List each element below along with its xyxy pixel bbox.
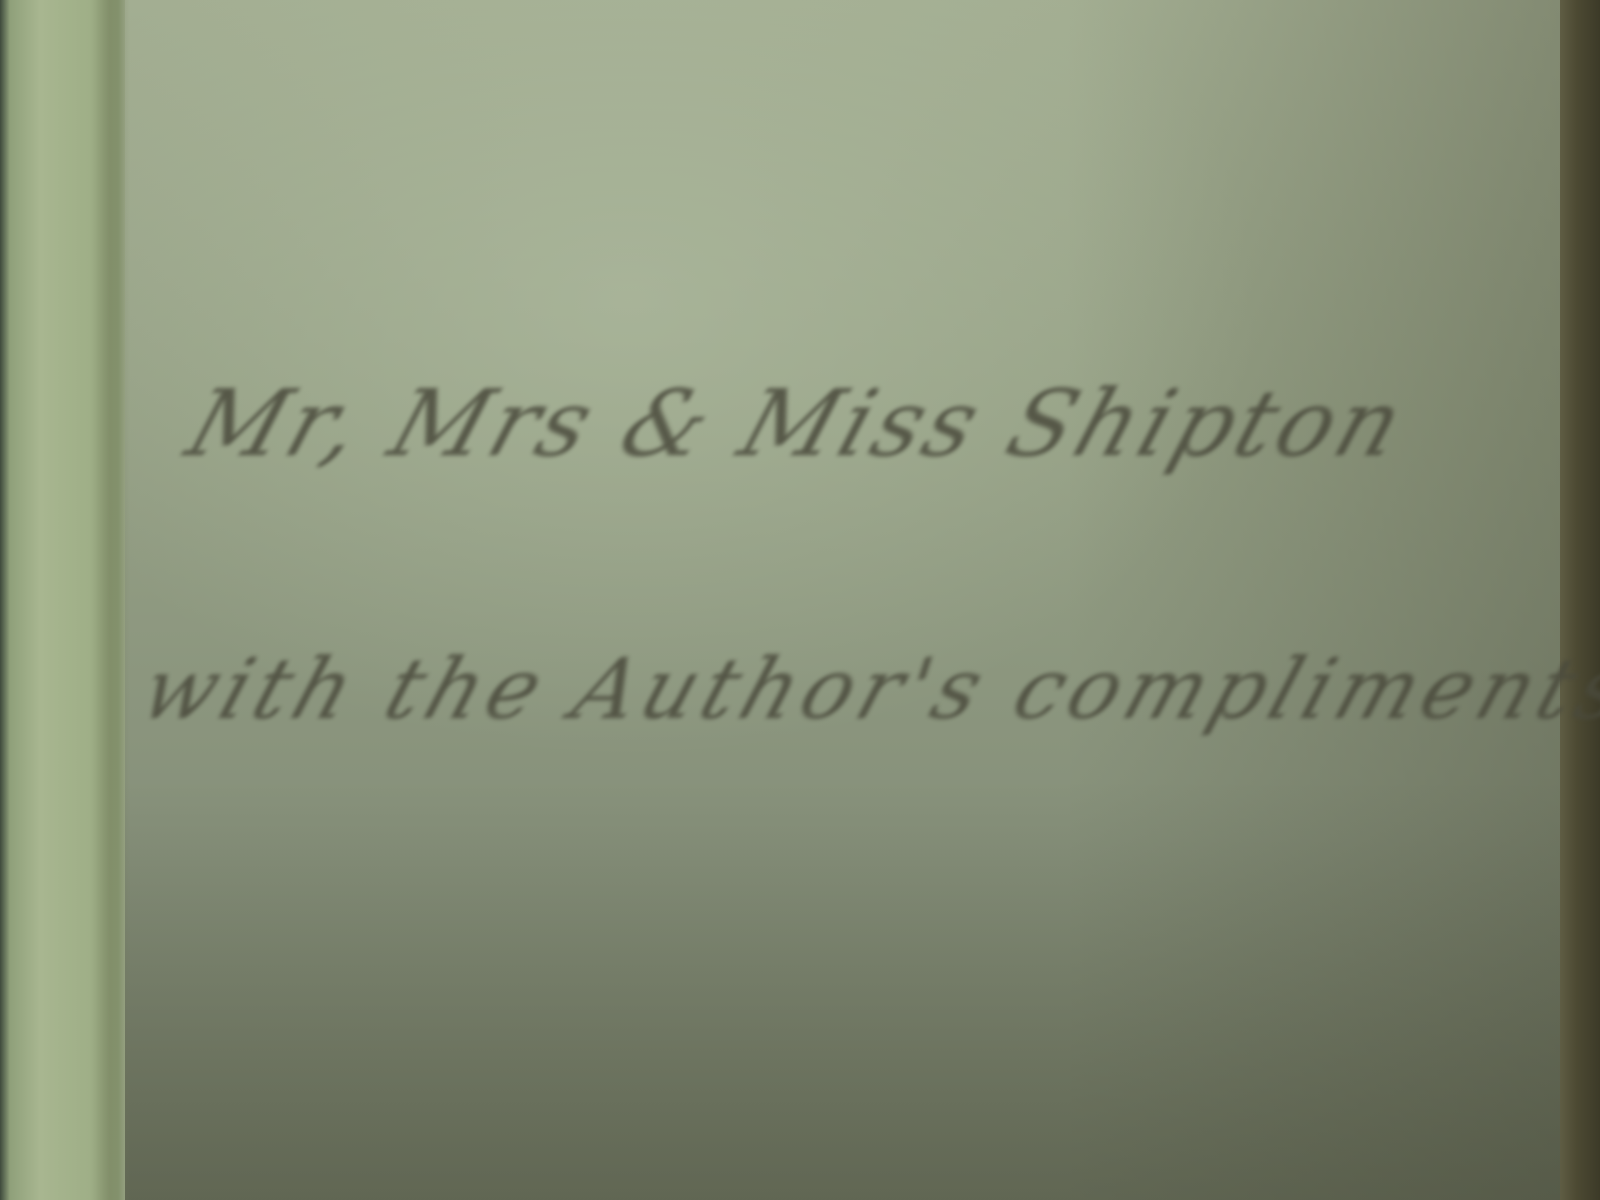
book-photo: Mr, Mrs & Miss Shipton with the Author's… [0, 0, 1600, 1200]
book-page [125, 0, 1565, 1200]
page-shadow-bottom [125, 780, 1565, 1200]
book-cover-right-edge [1560, 0, 1600, 1200]
inscription-recipients: Mr, Mrs & Miss Shipton [175, 370, 1570, 477]
inscription-compliments: with the Author's compliments. [130, 640, 1522, 738]
page-gutter [90, 0, 130, 1200]
